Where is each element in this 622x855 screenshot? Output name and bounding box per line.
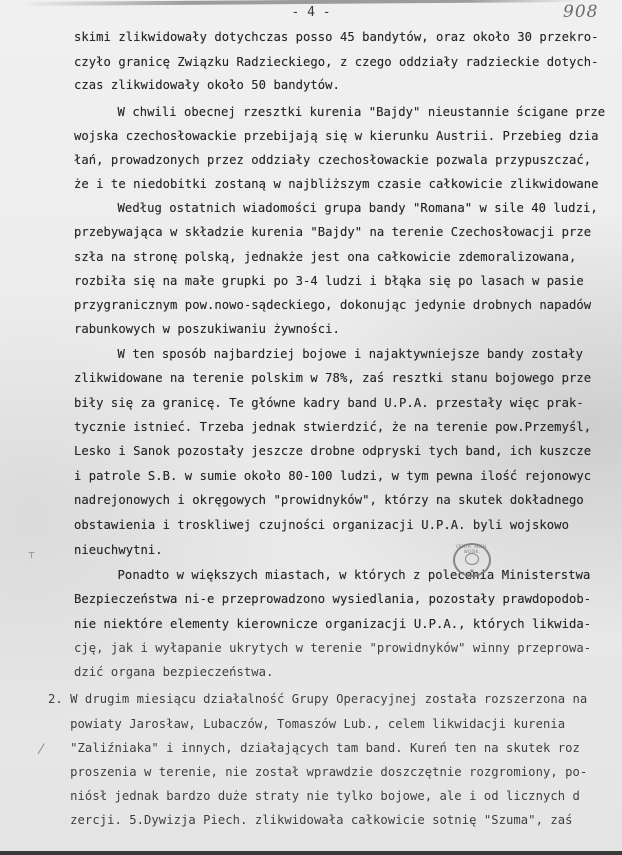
text-line: nie niektóre elementy kierownicze organi… xyxy=(74,617,591,631)
text-line: niósł jednak bardzo duże straty nie tylk… xyxy=(48,789,580,803)
text-line: wojska czechosłowackie przebijają się w … xyxy=(74,129,599,143)
text-line: czas zlikwidowały około 50 bandytów. xyxy=(74,78,340,92)
archive-stamp: CENTR. ARCH. WOJSK. ★ xyxy=(453,543,491,577)
text-line: przygranicznym pow.nowo-sądeckiego, doko… xyxy=(74,298,591,312)
text-line: Według ostatnich wiadomości grupa bandy … xyxy=(88,201,598,215)
text-line: proszenia w terenie, nie został wprawdzi… xyxy=(48,765,587,779)
text-line: szła na stronę polską, jednakże jest ona… xyxy=(74,250,576,264)
text-line: że i te niedobitki zostaną w najbliższym… xyxy=(74,177,599,191)
text-line: Lesko i Sanok pozostały jeszcze drobne o… xyxy=(74,444,591,458)
text-line: Ponadto w większych miastach, w których … xyxy=(88,568,590,582)
margin-pencil-mark-icon: ⸆ xyxy=(28,548,35,567)
text-line: zercji. 5.Dywizja Piech. zlikwidowała ca… xyxy=(48,813,573,827)
text-line: powiaty Jarosław, Lubaczów, Tomaszów Lub… xyxy=(48,717,565,731)
text-line: zlikwidowane na terenie polskim w 78%, z… xyxy=(74,371,591,385)
text-line: rabunkowych w poszukiwaniu żywności. xyxy=(74,322,340,336)
text-line: "Zaliźniaka" i innych, działających tam … xyxy=(48,741,580,755)
text-line: skimi zlikwidowały dotychczas posso 45 b… xyxy=(74,30,599,44)
text-line: W chwili obecnej rzesztki kurenia "Bajdy… xyxy=(88,105,605,119)
text-line: dzić organa bezpieczeństwa. xyxy=(74,665,273,679)
text-line: cję, jak i wyłapanie ukrytych w terenie … xyxy=(74,641,591,655)
text-line: biły się za granicę. Te główne kadry ban… xyxy=(74,396,584,410)
text-line: 2. W drugim miesiącu działalność Grupy O… xyxy=(48,692,587,706)
text-line: W ten sposób najbardziej bojowe i najakt… xyxy=(88,347,583,361)
margin-pencil-mark-icon: ⁄ xyxy=(40,742,42,758)
stamp-emblem-icon xyxy=(465,553,479,565)
page-number: - 4 - xyxy=(0,5,622,20)
page-bottom-edge xyxy=(0,851,622,855)
handwritten-archive-number: 908 xyxy=(563,2,598,22)
text-line: łań, prowadzonych przez oddziały czechos… xyxy=(74,153,591,167)
text-line: nadrejonowych i okręgowych "prowidnyków"… xyxy=(74,493,584,507)
star-icon: ★ xyxy=(455,568,489,575)
text-line: obstawienia i troskliwej czujności organ… xyxy=(74,518,569,532)
text-line: Bezpieczeństwa ni-e przeprowadzono wysie… xyxy=(74,592,591,606)
document-page: - 4 - 908 skimi zlikwidowały dotychczas … xyxy=(0,0,622,855)
text-line: nieuchwytni. xyxy=(74,543,163,557)
text-line: przebywająca w składzie kurenia "Bajdy" … xyxy=(74,225,591,239)
text-line: rozbiła się na małe grupki po 3-4 ludzi … xyxy=(74,274,584,288)
text-line: czyło granicę Związku Radzieckiego, z cz… xyxy=(74,55,599,69)
text-line: tycznie istnieć. Trzeba jednak stwierdzi… xyxy=(74,420,591,434)
text-line: i patrole S.B. w sumie około 80-100 ludz… xyxy=(74,469,591,483)
